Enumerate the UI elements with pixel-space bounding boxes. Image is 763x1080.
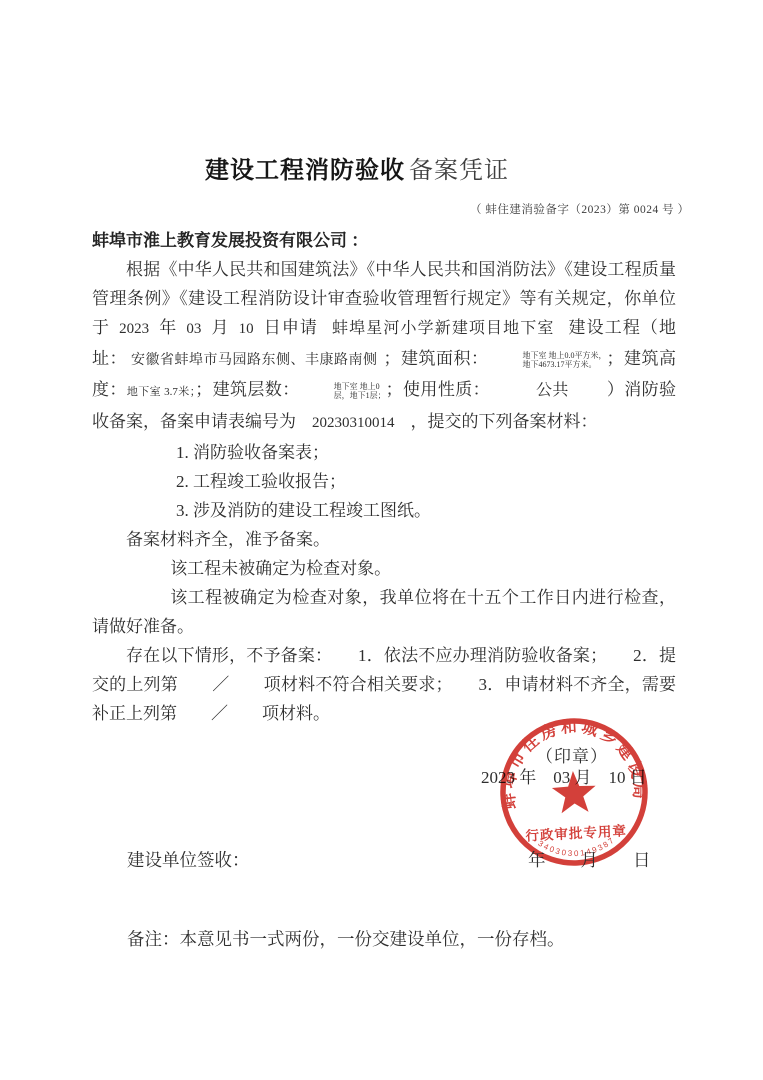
decision-not-selected: 该工程未被确定为检查对象。 [92, 554, 676, 583]
separator-4: ； [386, 380, 403, 399]
area-value: 地下室 地上0.0平方米，地下4673.17平方米。 [489, 351, 607, 369]
separator-3: ； [195, 380, 212, 399]
signature-date-blank: 年 月 日 [528, 847, 651, 872]
usage-label: 使用性质： [403, 380, 490, 399]
footer-note: 备注：本意见书一式两份，一份交建设单位，一份存档。 [127, 926, 565, 951]
record-number-value: 20230310014 [296, 415, 411, 431]
apply-day-value: 10 [230, 321, 263, 337]
address-value: 安徽省蚌埠市马园路东侧、丰康路南侧 [127, 353, 384, 368]
stamp-star-icon [551, 770, 597, 814]
area-value-line2: 地下4673.17平方米。 [489, 360, 607, 369]
material-item-3: 3. 涉及消防的建设工程竣工图纸。 [92, 496, 676, 525]
separator-2: ； [607, 349, 624, 368]
project-name-value: 蚌埠星河小学新建项目地下室 [318, 320, 568, 337]
day-unit: 日申请 [263, 318, 318, 337]
floors-label: 建筑层数： [212, 380, 299, 399]
document-body: 蚌埠市淮上教育发展投资有限公司 ： 根据《中华人民共和国建筑法》《中华人民共和国… [92, 226, 676, 728]
addressee: 蚌埠市淮上教育发展投资有限公司 ： [92, 226, 676, 255]
height-value: 地下室 3.7米； [127, 386, 195, 398]
usage-value: 公共 [490, 382, 607, 399]
title-main: 建设工程消防验收 [205, 157, 405, 184]
construction-unit-sign-label: 建设单位签收： [127, 847, 250, 872]
decision-selected: 该工程被确定为检查对象，我单位将在十五个工作日内进行检查，请做好准备。 [92, 583, 676, 641]
year-unit: 年 [158, 318, 177, 337]
month-unit: 月 [210, 318, 229, 337]
area-label: 建筑面积： [401, 349, 489, 368]
apply-month-value: 03 [177, 321, 210, 337]
area-value-line1: 地下室 地上0.0平方米， [489, 351, 607, 360]
materials-list: 1. 消防验收备案表； 2. 工程竣工验收报告； 3. 涉及消防的建设工程竣工图… [92, 438, 676, 525]
material-item-1: 1. 消防验收备案表； [92, 438, 676, 467]
floors-value: 地下室 地上0层，地下1层； [300, 382, 386, 400]
apply-year-value: 2023 [110, 321, 158, 337]
certificate-page: 建设工程消防验收备案凭证 （ 蚌住建消验备字（2023）第 0024 号 ） 蚌… [0, 0, 763, 1080]
material-item-2: 2. 工程竣工验收报告； [92, 467, 676, 496]
decision-approved: 备案材料齐全，准予备案。 [92, 525, 676, 554]
floors-value-line2: 层，地下1层； [300, 391, 386, 400]
separator-1: ； [384, 349, 401, 368]
document-number: （ 蚌住建消验备字（2023）第 0024 号 ） [470, 201, 690, 217]
floors-value-line1: 地下室 地上0 [300, 382, 386, 391]
page-title: 建设工程消防验收备案凭证 [205, 150, 509, 185]
main-paragraph: 根据《中华人民共和国建筑法》《中华人民共和国消防法》《建设工程质量管理条例》《建… [92, 255, 676, 438]
title-suffix: 备案凭证 [409, 157, 509, 184]
materials-intro-text: ，提交的下列备案材料： [411, 412, 598, 431]
